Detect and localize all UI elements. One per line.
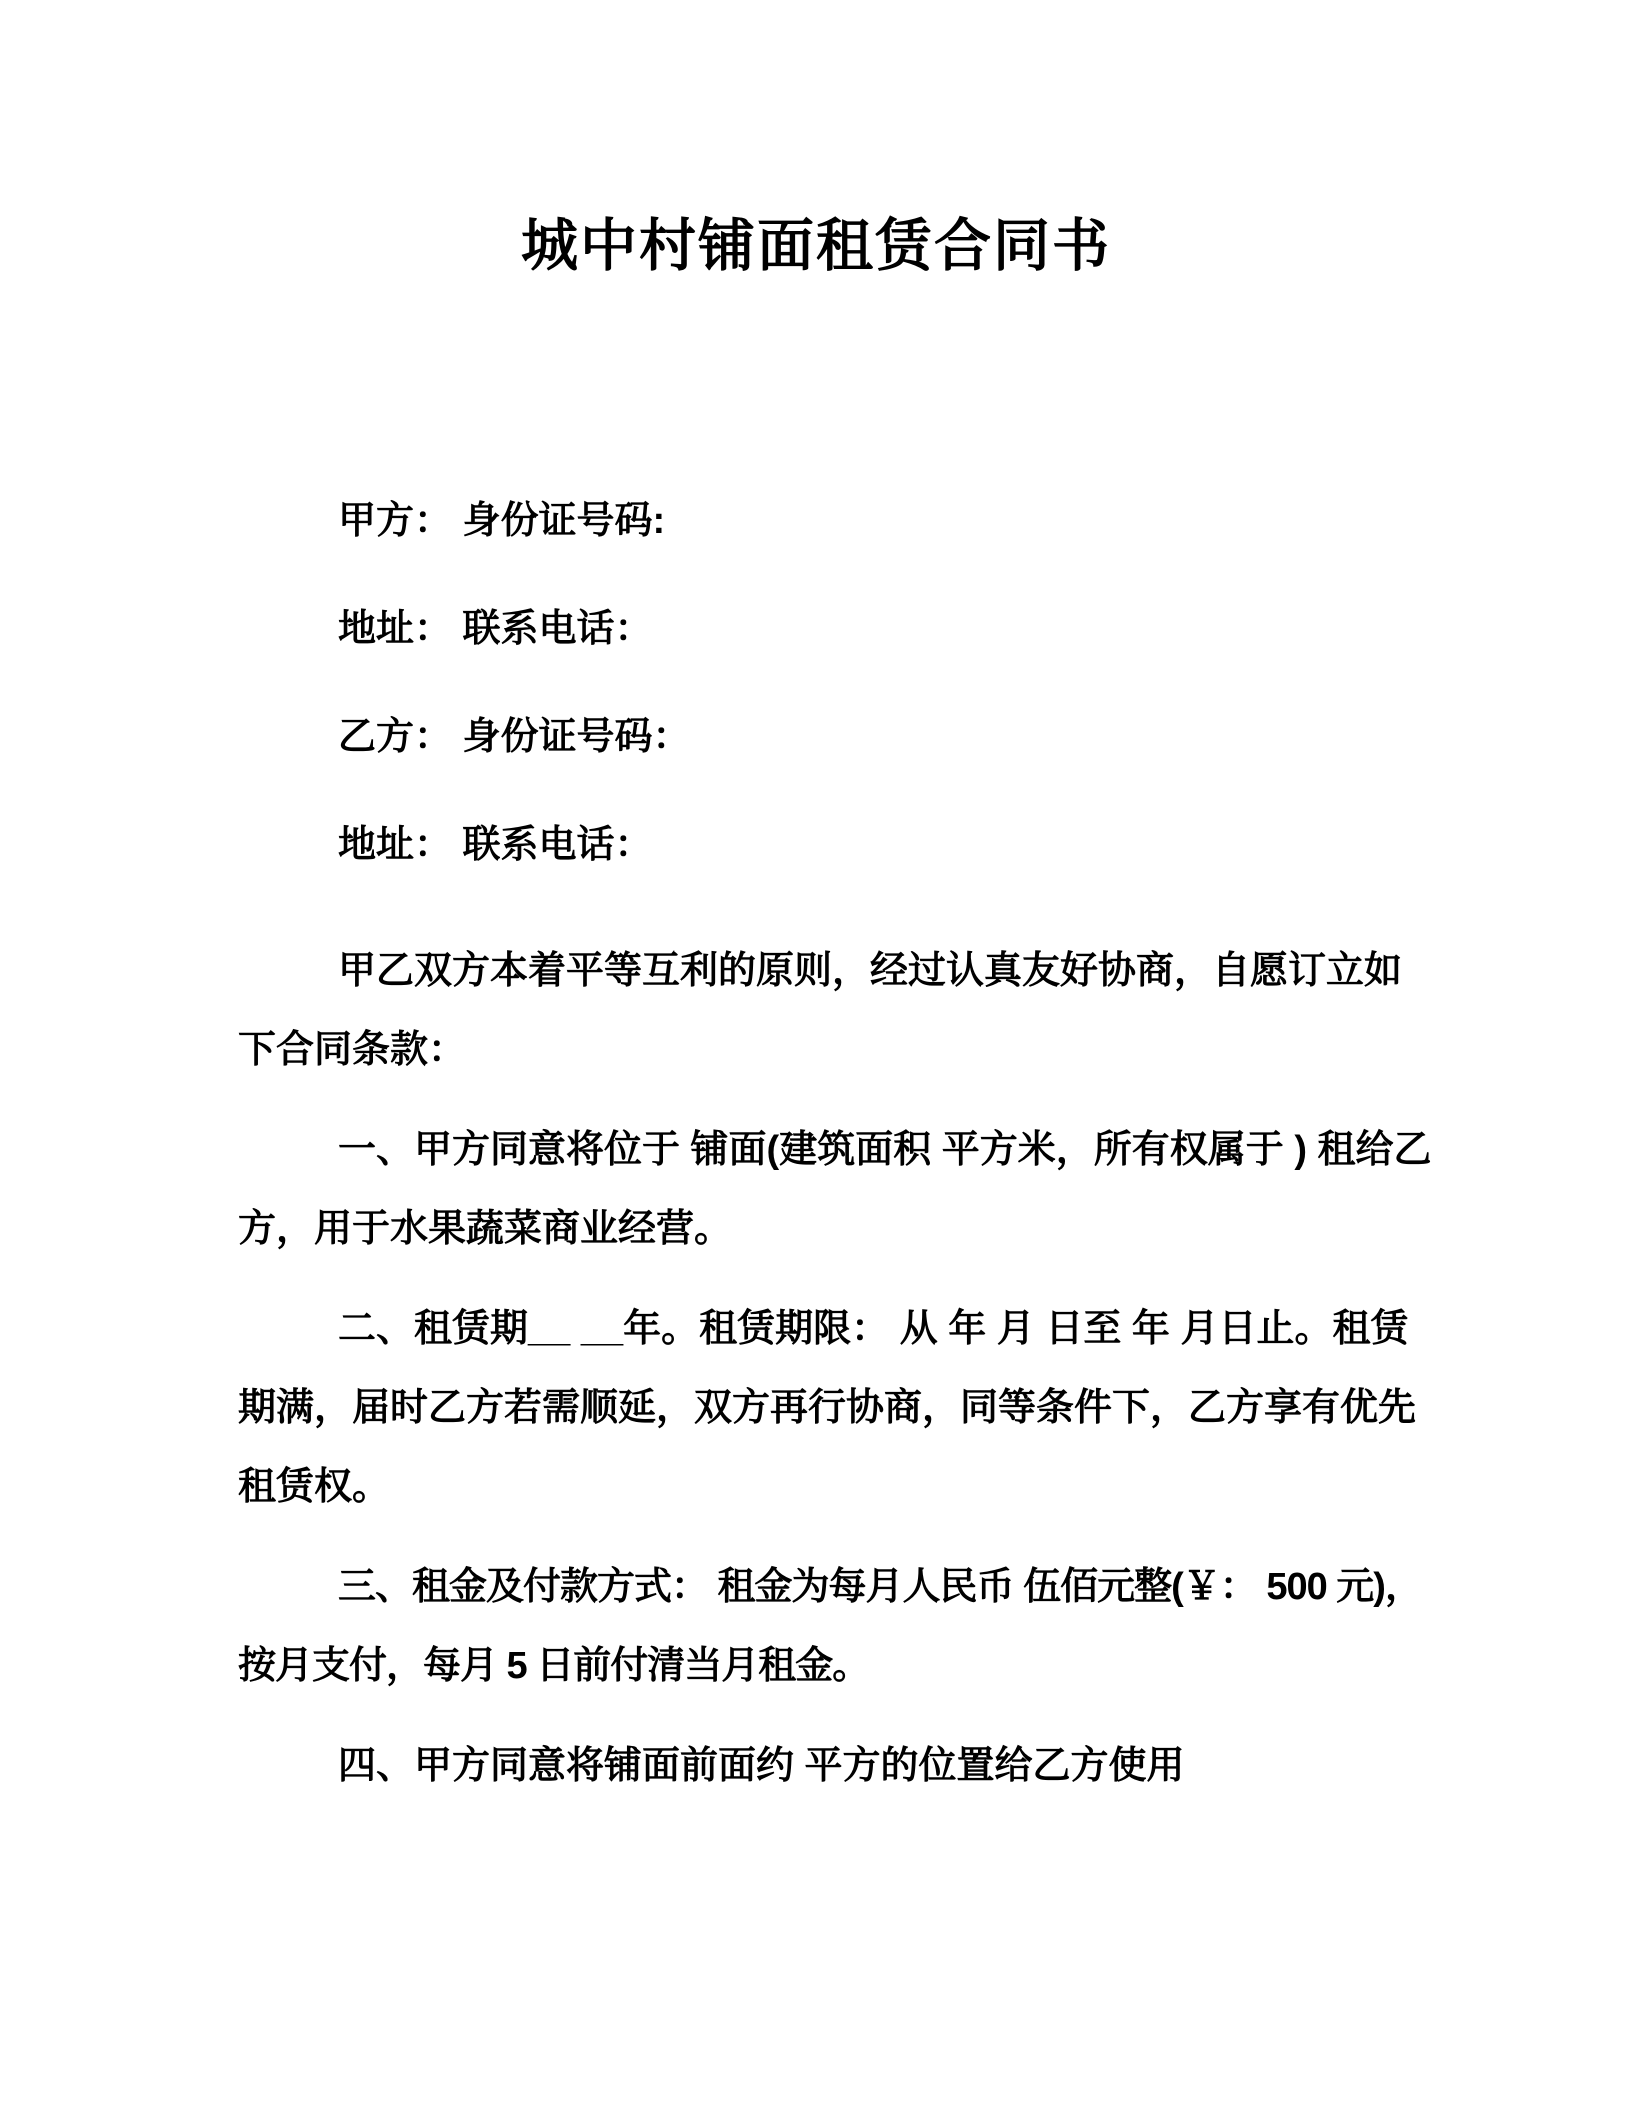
clause-3: 三、租金及付款方式： 租金为每月人民币 伍佰元整(￥： 500 元)，按月支付，… bbox=[238, 1548, 1438, 1706]
preamble-paragraph: 甲乙双方本着平等互利的原则，经过认真友好协商，自愿订立如下合同条款： bbox=[238, 932, 1438, 1090]
contract-page: 城中村铺面租赁合同书 甲方： 身份证号码: 地址： 联系电话： 乙方： 身份证号… bbox=[0, 0, 1632, 2112]
party-info-section: 甲方： 身份证号码: 地址： 联系电话： 乙方： 身份证号码： 地址： 联系电话… bbox=[238, 500, 1438, 866]
party-b-address-phone-line: 地址： 联系电话： bbox=[338, 824, 1438, 866]
clause-2: 二、租赁期__ __年。租赁期限： 从 年 月 日至 年 月日止。租赁期满，届时… bbox=[238, 1290, 1438, 1527]
clause-1: 一、甲方同意将位于 铺面(建筑面积 平方米，所有权属于 ) 租给乙方，用于水果蔬… bbox=[238, 1111, 1438, 1269]
clause-4: 四、甲方同意将铺面前面约 平方的位置给乙方使用 bbox=[238, 1727, 1438, 1806]
document-body: 甲方： 身份证号码: 地址： 联系电话： 乙方： 身份证号码： 地址： 联系电话… bbox=[238, 500, 1438, 1806]
party-b-id-line: 乙方： 身份证号码： bbox=[338, 716, 1438, 758]
document-title: 城中村铺面租赁合同书 bbox=[0, 0, 1632, 278]
party-a-address-phone-line: 地址： 联系电话： bbox=[338, 608, 1438, 650]
party-a-id-line: 甲方： 身份证号码: bbox=[338, 500, 1438, 542]
